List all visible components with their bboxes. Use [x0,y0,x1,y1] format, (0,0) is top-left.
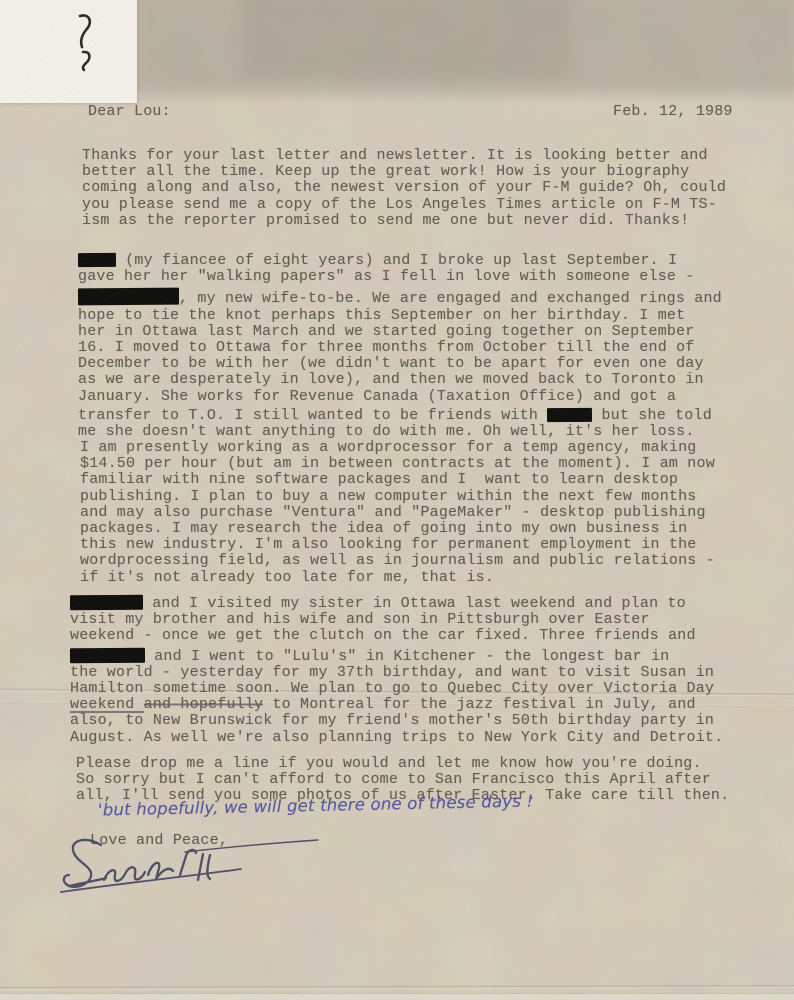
text-segment: Please drop me a line if you would and l… [76,755,702,772]
letter-line: hope to tie the knot perhaps this Septem… [78,308,722,324]
letter-content: Dear Lou: Feb. 12, 1989 Thanks for your … [0,0,794,1000]
text-strike: and hopefully [144,696,264,713]
text-segment: and may also purchase "Ventura" and "Pag… [80,504,706,521]
letter-line: me she doesn't want anything to do with … [78,424,722,440]
letter-line: transfer to T.O. I still wanted to be fr… [78,405,722,424]
text-segment: ism as the reporter promised to send me … [82,212,689,229]
letter-line: and I went to "Lulu's" in Kitchener - th… [70,645,723,665]
redaction-box [547,408,592,422]
text-segment: 16. I moved to Ottawa for three months f… [78,339,695,356]
letter-line: the world - yesterday for my 37th birthd… [70,665,723,681]
letter-line: Hamilton sometime soon. We plan to go to… [70,681,723,697]
text-segment: January. She works for Revenue Canada (T… [78,388,676,405]
letter-line: you please send me a copy of the Los Ang… [82,197,726,213]
letter-line: and may also purchase "Ventura" and "Pag… [80,505,715,521]
signature-scribble [56,834,376,904]
letter-line: I am presently working as a wordprocesso… [80,440,715,456]
letter-line: January. She works for Revenue Canada (T… [78,389,722,405]
text-segment: familiar with nine software packages and… [80,471,678,488]
letter-line: gave her her "walking papers" as I fell … [78,269,722,285]
text-segment: also, to New Brunswick for my friend's m… [70,712,714,729]
text-segment: but she told [592,407,712,424]
paragraph-3: I am presently working as a wordprocesso… [80,440,715,586]
letter-line: coming along and also, the newest versio… [82,180,726,196]
text-segment: publishing. I plan to buy a new computer… [80,488,697,505]
text-segment: visit my brother and his wife and son in… [70,611,650,628]
text-segment: and I visited my sister in Ottawa last w… [143,595,686,612]
paragraph-1: Thanks for your last letter and newslett… [82,148,726,229]
redaction-box [78,288,179,306]
letter-page: Dear Lou: Feb. 12, 1989 Thanks for your … [0,0,794,1000]
text-segment: I am presently working as a wordprocesso… [80,439,697,456]
text-segment: and I went to "Lulu's" in Kitchener - th… [145,648,669,665]
letter-line: her in Ottawa last March and we started … [78,324,722,340]
redaction-box [70,647,145,663]
letter-line: weekend and hopefully to Montreal for th… [70,697,723,713]
letter-line: 16. I moved to Ottawa for three months f… [78,340,722,356]
text-segment: as we are desperately in love), and then… [78,371,704,388]
greeting: Dear Lou: [88,104,171,120]
letter-line: August. As well we're also planning trip… [70,730,723,746]
text-segment: gave her her "walking papers" as I fell … [78,268,695,285]
text-segment: December to be with her (we didn't want … [78,355,704,372]
text-segment: August. As well we're also planning trip… [70,729,723,746]
letter-line: if it's not already too late for me, tha… [80,570,715,586]
letter-line: ism as the reporter promised to send me … [82,213,726,229]
text-segment: weekend - once we get the clutch on the … [70,627,696,644]
text-segment: , my new wife-to-be. We are engaged and … [179,290,722,307]
letter-line: Thanks for your last letter and newslett… [82,148,726,164]
letter-line: and I visited my sister in Ottawa last w… [70,592,723,612]
text-segment: So sorry but I can't afford to come to S… [76,771,711,788]
letter-line: visit my brother and his wife and son in… [70,612,723,628]
text-segment: her in Ottawa last March and we started … [78,323,695,340]
text-segment: $14.50 per hour (but am in between contr… [80,455,715,472]
text-underline: weekend [70,696,144,713]
text-segment: this new industry. I'm also looking for … [80,536,697,553]
redaction-box [70,595,143,611]
text-segment: hope to tie the knot perhaps this Septem… [78,307,685,324]
text-segment: Hamilton sometime soon. We plan to go to… [70,680,714,697]
letter-line: publishing. I plan to buy a new computer… [80,489,715,505]
letter-line: December to be with her (we didn't want … [78,356,722,372]
text-segment: if it's not already too late for me, tha… [80,569,494,586]
text-segment: to Montreal for the jazz festival in Jul… [263,696,695,713]
letter-line: as we are desperately in love), and then… [78,372,722,388]
letter-line: wordprocessing field, as well as in jour… [80,553,715,569]
date: Feb. 12, 1989 [613,104,733,120]
text-segment: better all the time. Keep up the great w… [82,163,689,180]
letter-line: weekend - once we get the clutch on the … [70,628,723,644]
text-segment: packages. I may research the idea of goi… [80,520,687,537]
text-segment: Thanks for your last letter and newslett… [82,147,708,164]
letter-line: (my fiancee of eight years) and I broke … [78,250,722,269]
letter-line: Please drop me a line if you would and l… [76,756,729,772]
text-segment: coming along and also, the newest versio… [82,179,726,196]
paragraph-2: (my fiancee of eight years) and I broke … [78,250,722,440]
text-segment: the world - yesterday for my 37th birthd… [70,664,714,681]
paragraph-4: and I visited my sister in Ottawa last w… [70,592,723,746]
letter-line: $14.50 per hour (but am in between contr… [80,456,715,472]
letter-line: packages. I may research the idea of goi… [80,521,715,537]
letter-line: this new industry. I'm also looking for … [80,537,715,553]
letter-line: better all the time. Keep up the great w… [82,164,726,180]
text-segment: (my fiancee of eight years) and I broke … [116,252,677,269]
letter-line: also, to New Brunswick for my friend's m… [70,713,723,729]
letter-line: So sorry but I can't afford to come to S… [76,772,729,788]
redaction-box [78,253,116,267]
text-segment: wordprocessing field, as well as in jour… [80,552,715,569]
letter-line: , my new wife-to-be. We are engaged and … [78,285,722,307]
text-segment: transfer to T.O. I still wanted to be fr… [78,407,547,424]
letter-line: familiar with nine software packages and… [80,472,715,488]
text-segment: you please send me a copy of the Los Ang… [82,196,717,213]
text-segment: me she doesn't want anything to do with … [78,423,695,440]
